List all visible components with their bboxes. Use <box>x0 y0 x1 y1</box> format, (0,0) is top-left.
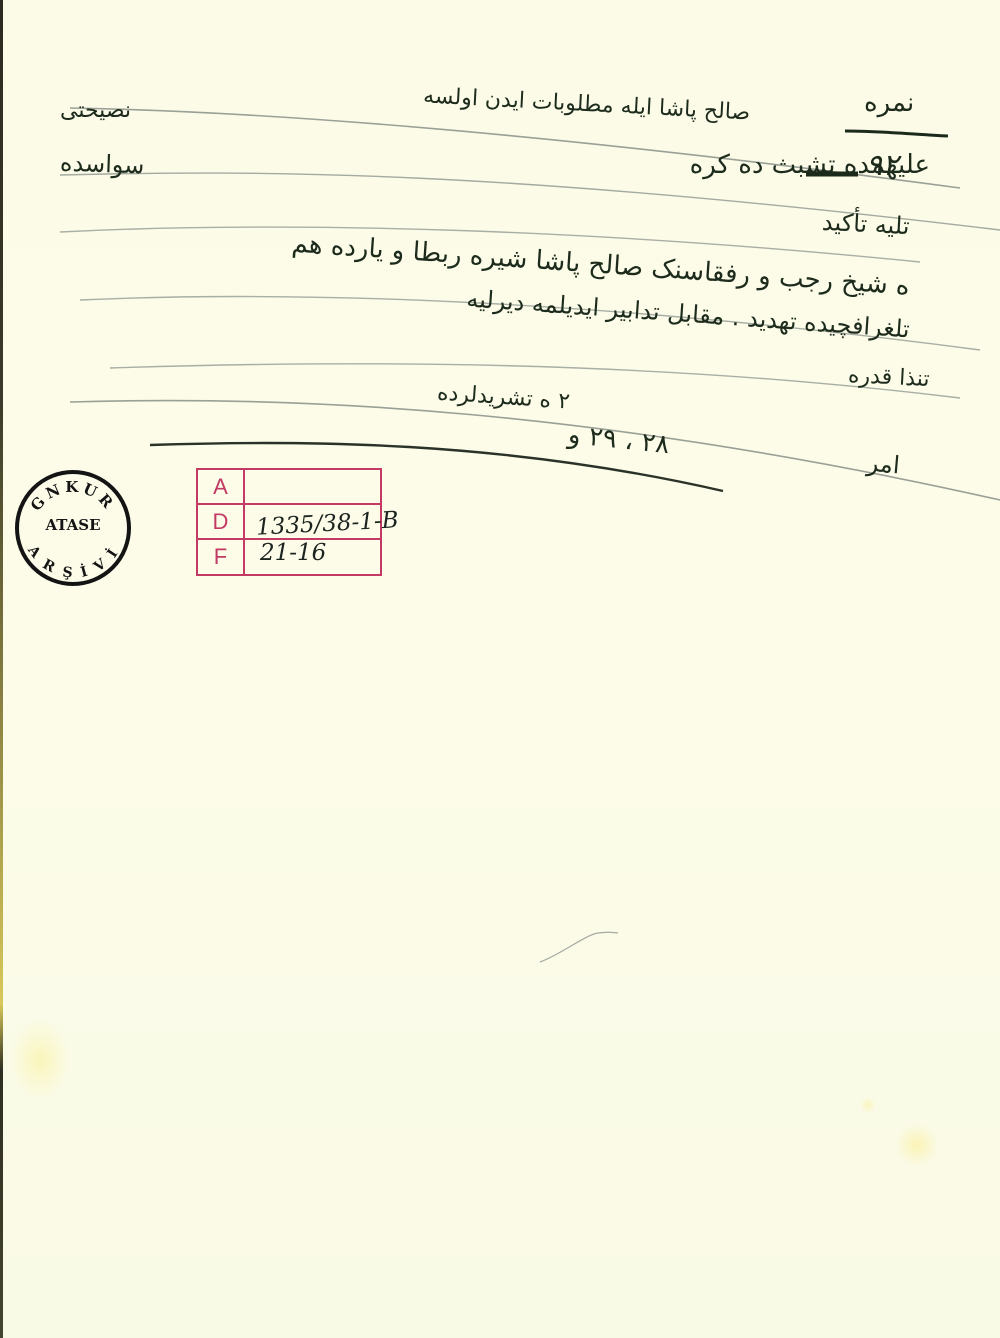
archive-reference-box: A D 1335/38-1-B F 21-16 <box>196 468 382 576</box>
archive-row-value: 1335/38-1-B <box>255 507 399 540</box>
handwritten-line-2b: سواسده <box>60 149 145 180</box>
handwritten-line-7: ۲ ه تشریدلرده <box>436 380 570 414</box>
handwritten-line-2: علیهمده تشبث ده کره <box>690 150 930 180</box>
scan-border-edge <box>0 0 3 1338</box>
header-mark: نمره <box>864 88 914 118</box>
stamp-top-text: GNKUR <box>27 478 119 515</box>
handwritten-line-3: تلیه تأکید <box>822 208 911 241</box>
ruled-lines <box>0 0 1000 1338</box>
archive-row-label: A <box>198 470 245 503</box>
archive-row-f: F 21-16 <box>198 540 380 575</box>
handwritten-line-1: صالح پاشا ایله مطلوبات ایدن اولسه <box>422 83 750 125</box>
handwritten-line-1b: نصیحتی <box>60 98 131 123</box>
svg-text:GNKUR: GNKUR <box>27 478 119 515</box>
handwritten-signature-line: امر <box>866 449 901 480</box>
handwritten-line-6: تنذا قدره <box>848 363 931 392</box>
svg-text:ARŞİVİ: ARŞİVİ <box>24 541 124 582</box>
handwritten-line-4: ه شیخ رجب و رفقاسنک صالح پاشا شیره ربطا … <box>290 228 910 301</box>
archive-row-label: D <box>198 505 245 538</box>
archive-row-label: F <box>198 540 245 575</box>
archive-row-d: D 1335/38-1-B <box>198 505 380 540</box>
scanned-document-page: نمره ٩٢ صالح پاشا ایله مطلوبات ایدن اولس… <box>0 0 1000 1338</box>
archive-row-value: 21-16 <box>260 540 326 566</box>
archive-row-a: A <box>198 470 380 505</box>
stamp-center-text: ATASE <box>19 516 127 534</box>
handwritten-date: ۲۸ ، ۲۹ و <box>567 420 671 460</box>
stamp-bottom-text: ARŞİVİ <box>24 541 124 582</box>
archive-stamp-circle: GNKUR ARŞİVİ ATASE <box>15 470 131 586</box>
